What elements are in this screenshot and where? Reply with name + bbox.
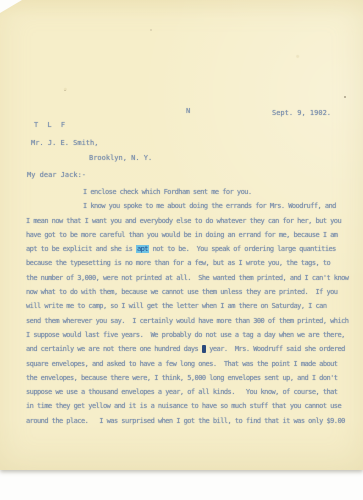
folded-corner: [0, 0, 22, 13]
letter-paper: N Sept. 9, 1902. T L F Mr. J. E. Smith, …: [0, 0, 363, 470]
paper-speck: [64, 90, 66, 91]
body-line: now what to do with them, because we can…: [26, 285, 356, 299]
body-line: I suppose would last five years. We prob…: [26, 328, 356, 342]
page-number: N: [186, 107, 190, 115]
paper-speck: [344, 96, 346, 98]
body-line-with-highlight: apt to be explicit and she is apt not to…: [26, 242, 356, 256]
search-highlight: apt: [136, 245, 149, 253]
body-line: I know you spoke to me about doing the e…: [26, 199, 356, 213]
body-line: will write me to camp, so I will get the…: [26, 299, 356, 313]
body-line: the number of 3,000, were not printed at…: [26, 271, 356, 285]
body-line: in time they get yellow and it is a nuis…: [26, 399, 356, 413]
letter-date: Sept. 9, 1902.: [272, 109, 331, 117]
body-line: I mean now that I want you and everybody…: [26, 214, 356, 228]
letter-body: I enclose check which Fordham sent me fo…: [26, 185, 356, 428]
recipient-address: Brooklyn, N. Y.: [89, 154, 152, 162]
body-line: suppose we use a thousand envelopes a ye…: [26, 385, 356, 399]
recipient-name: Mr. J. E. Smith,: [31, 139, 98, 147]
body-line: because the typesetting is no more than …: [26, 256, 356, 270]
body-line: the envelopes, because there were, I thi…: [26, 371, 356, 385]
body-line-with-blot: and certainly we are not there one hundr…: [26, 342, 356, 356]
paper-speck: [150, 29, 152, 31]
body-text: year. Mrs. Woodruff said she ordered: [206, 345, 345, 353]
body-text: apt to be explicit and she is: [26, 245, 136, 253]
body-line: square envelopes, and asked to have a fe…: [26, 357, 356, 371]
scanned-letter-page: N Sept. 9, 1902. T L F Mr. J. E. Smith, …: [0, 0, 363, 500]
salutation: My dear Jack:-: [27, 171, 86, 179]
body-line: have got to be more careful than you wou…: [26, 228, 356, 242]
body-line: send them wherever you say. I certainly …: [26, 314, 356, 328]
body-line: I enclose check which Fordham sent me fo…: [26, 185, 356, 199]
body-text: not to be. You speak of ordering large q…: [149, 245, 336, 253]
typist-initials: T L F: [34, 121, 68, 129]
body-line: around the place. I was surprised when I…: [26, 414, 356, 428]
body-text: and certainly we are not there one hundr…: [26, 345, 202, 353]
